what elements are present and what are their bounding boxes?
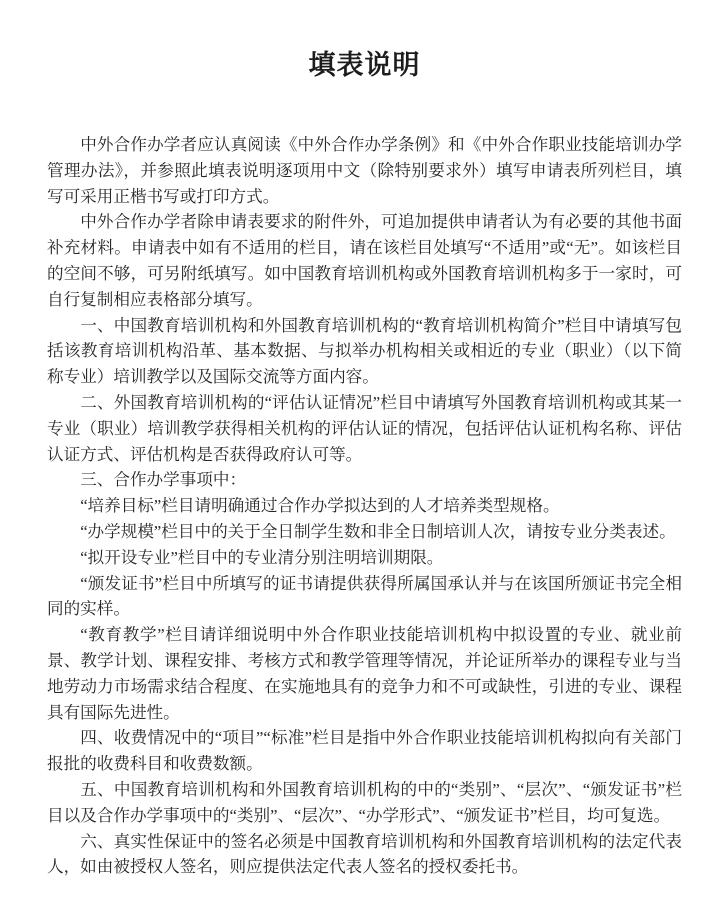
document-body: 中外合作办学者应认真阅读《中外合作办学条例》和《中外合作职业技能培训办学管理办法… xyxy=(47,132,682,880)
paragraph-item-5: 五、中国教育培训机构和外国教育培训机构的中的“类别”、“层次”、“颁发证书”栏目… xyxy=(47,777,682,829)
paragraph-item-3-goal: “培养目标”栏目请明确通过合作办学拟达到的人才培养类型规格。 xyxy=(47,493,682,519)
paragraph-item-3-certificates: “颁发证书”栏目中所填写的证书请提供获得所属国承认并与在该国所颁证书完全相同的实… xyxy=(47,571,682,623)
paragraph-item-3-majors: “拟开设专业”栏目中的专业清分别注明培训期限。 xyxy=(47,545,682,571)
paragraph-item-4: 四、收费情况中的“项目”“标准”栏目是指中外合作职业技能培训机构拟向有关部门报批… xyxy=(47,725,682,777)
page-title: 填表说明 xyxy=(47,48,682,82)
document-page: 填表说明 中外合作办学者应认真阅读《中外合作办学条例》和《中外合作职业技能培训办… xyxy=(0,0,728,924)
paragraph-intro-1: 中外合作办学者应认真阅读《中外合作办学条例》和《中外合作职业技能培训办学管理办法… xyxy=(47,132,682,209)
paragraph-item-1: 一、中国教育培训机构和外国教育培训机构的“教育培训机构简介”栏目中请填写包括该教… xyxy=(47,313,682,390)
paragraph-item-3-teaching: “教育教学”栏目请详细说明中外合作职业技能培训机构中拟设置的专业、就业前景、教学… xyxy=(47,622,682,725)
paragraph-item-2: 二、外国教育培训机构的“评估认证情况”栏目中请填写外国教育培训机构或其某一专业（… xyxy=(47,390,682,467)
paragraph-item-6: 六、真实性保证中的签名必须是中国教育培训机构和外国教育培训机构的法定代表人，如由… xyxy=(47,829,682,881)
paragraph-item-3: 三、合作办学事项中： xyxy=(47,467,682,493)
paragraph-item-3-scale: “办学规模”栏目中的关于全日制学生数和非全日制培训人次，请按专业分类表述。 xyxy=(47,519,682,545)
paragraph-intro-2: 中外合作办学者除申请表要求的附件外，可追加提供申请者认为有必要的其他书面补充材料… xyxy=(47,209,682,312)
